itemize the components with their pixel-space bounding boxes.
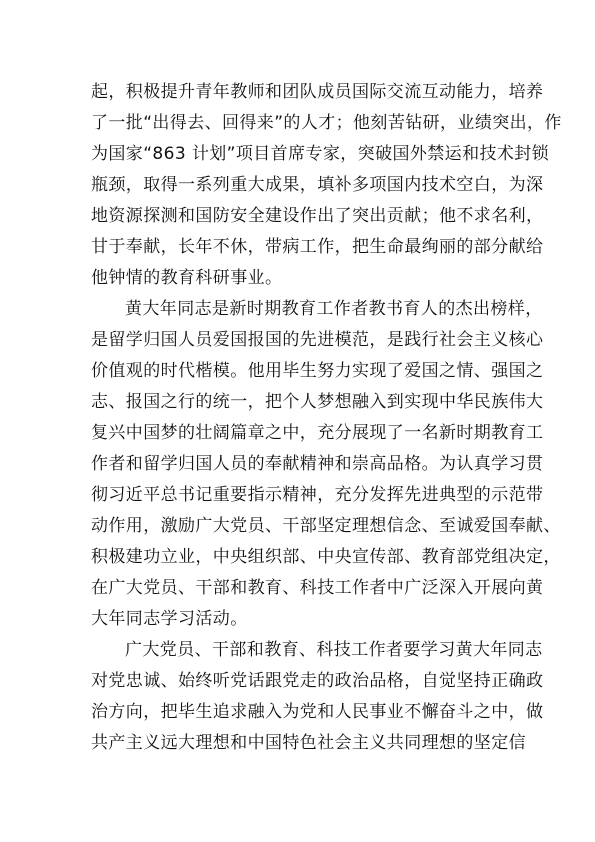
text-line: 起，积极提升青年教师和团队成员国际交流互动能力，培养 <box>91 77 499 108</box>
body-text: 起，积极提升青年教师和团队成员国际交流互动能力，培养 了一批“出得去、回得来”的… <box>91 77 499 759</box>
text-line-indented: 黄大年同志是新时期教育工作者教书育人的杰出榜样， <box>91 294 499 325</box>
text-line: 他钟情的教育科研事业。 <box>91 263 499 294</box>
paragraph-2: 黄大年同志是新时期教育工作者教书育人的杰出榜样， 是留学归国人员爱国报国的先进模… <box>91 294 499 635</box>
text-line-indented: 广大党员、干部和教育、科技工作者要学习黄大年同志 <box>91 635 499 666</box>
text-line: 地资源探测和国防安全建设作出了突出贡献；他不求名利， <box>91 201 499 232</box>
text-line: 动作用，激励广大党员、干部坚定理想信念、至诚爱国奉献、 <box>91 511 499 542</box>
text-line: 复兴中国梦的壮阔篇章之中，充分展现了一名新时期教育工 <box>91 418 499 449</box>
text-line: 积极建功立业，中央组织部、中央宣传部、教育部党组决定， <box>91 542 499 573</box>
text-line: 了一批“出得去、回得来”的人才；他刻苦钻研，业绩突出，作 <box>91 108 499 139</box>
text-line: 共产主义远大理想和中国特色社会主义共同理想的坚定信 <box>91 728 499 759</box>
document-page: 起，积极提升青年教师和团队成员国际交流互动能力，培养 了一批“出得去、回得来”的… <box>0 0 595 842</box>
text-line: 作者和留学归国人员的奉献精神和崇高品格。为认真学习贯 <box>91 449 499 480</box>
text-line: 治方向，把毕生追求融入为党和人民事业不懈奋斗之中，做 <box>91 697 499 728</box>
text-line: 是留学归国人员爱国报国的先进模范，是践行社会主义核心 <box>91 325 499 356</box>
text-line: 瓶颈，取得一系列重大成果，填补多项国内技术空白，为深 <box>91 170 499 201</box>
text-line: 彻习近平总书记重要指示精神，充分发挥先进典型的示范带 <box>91 480 499 511</box>
text-line: 对党忠诚、始终听党话跟党走的政治品格，自觉坚持正确政 <box>91 666 499 697</box>
text-line: 在广大党员、干部和教育、科技工作者中广泛深入开展向黄 <box>91 573 499 604</box>
text-line: 价值观的时代楷模。他用毕生努力实现了爱国之情、强国之 <box>91 356 499 387</box>
paragraph-1: 起，积极提升青年教师和团队成员国际交流互动能力，培养 了一批“出得去、回得来”的… <box>91 77 499 294</box>
paragraph-3: 广大党员、干部和教育、科技工作者要学习黄大年同志 对党忠诚、始终听党话跟党走的政… <box>91 635 499 759</box>
text-line: 为国家“863 计划”项目首席专家，突破国外禁运和技术封锁 <box>91 139 499 170</box>
text-line: 甘于奉献，长年不休，带病工作，把生命最绚丽的部分献给 <box>91 232 499 263</box>
text-line: 大年同志学习活动。 <box>91 604 499 635</box>
text-line: 志、报国之行的统一，把个人梦想融入到实现中华民族伟大 <box>91 387 499 418</box>
